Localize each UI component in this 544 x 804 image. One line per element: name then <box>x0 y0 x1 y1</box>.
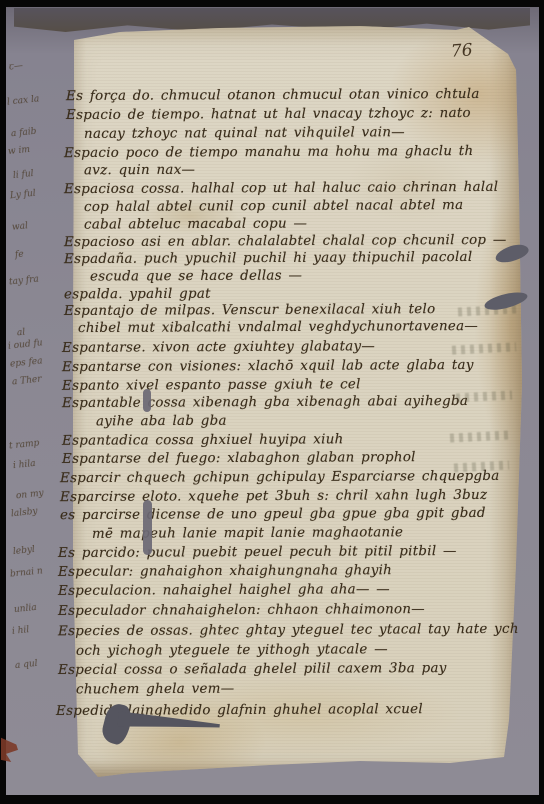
entry-line: es parcirse dicense de uno gpeul gba gpu… <box>60 506 486 523</box>
margin-text-fragment: Ly ful <box>10 189 37 202</box>
margin-text-fragment: li ful <box>13 169 35 181</box>
entry-line: Especies de ossas. ghtec ghtay yteguel t… <box>58 622 519 639</box>
entry-line: Especial cossa o señalada ghelel pilil c… <box>58 661 447 678</box>
margin-text-fragment: a qul <box>15 659 39 671</box>
entry-line: mē mapeuh lanie mapit lanie maghaotanie <box>92 525 403 542</box>
entry-line: Espantadica cossa ghxiuel huyipa xiuh <box>62 432 344 448</box>
entry-line: cop halal abtel cunil cop cunil abtel na… <box>84 198 464 215</box>
entry-line: escuda que se hace dellas — <box>90 268 302 284</box>
entry-line: Esparcirse eloto. xquehe pet 3buh s: chr… <box>60 488 487 505</box>
entry-line: Espadaña. puch ypuchil puchil hi yaay th… <box>64 250 472 267</box>
margin-text-fragment: on my <box>16 489 45 502</box>
margin-text-fragment: wal <box>12 221 29 233</box>
entry-line: Espanto xivel espanto passe gxiuh te cel <box>62 377 361 394</box>
margin-text-fragment: w im <box>8 145 31 157</box>
entry-line: och yichogh yteguele te yithogh ytacale … <box>76 642 388 659</box>
margin-text-fragment: i hil <box>12 625 30 637</box>
entry-line: Esparcir chquech gchipun gchipulay Espar… <box>60 469 500 486</box>
entry-line: chibel mut xibalcathi vndalmal veghdychu… <box>78 319 478 336</box>
entry-line: espalda. ypahil gpat <box>64 287 211 303</box>
margin-text-fragment: t ramp <box>9 438 40 451</box>
entry-line: Espantarse con visiones: xlachō xquil la… <box>62 358 474 375</box>
entry-line: Espaciosa cossa. halhal cop ut hal haluc… <box>64 180 498 197</box>
margin-text-fragment: lebyl <box>13 545 36 557</box>
entry-line: Espantable cossa xibenagh gba xibenagh a… <box>62 394 468 411</box>
entry-line: Espacio de tiempo. hatnat ut hal vnacay … <box>66 106 471 123</box>
margin-text-fragment: l cax la <box>7 94 40 107</box>
entry-line: Es força do. chmucul otanon chmucul otan… <box>66 87 480 104</box>
entry-line: cabal abteluc macabal copu — <box>84 216 307 232</box>
margin-text-fragment: a Ther <box>12 374 43 387</box>
margin-text-fragment: a faib <box>11 127 37 140</box>
margin-text-fragment: eps fea <box>10 356 43 369</box>
entry-line: Espantarse. xivon acte gxiuhtey glabatay… <box>62 339 375 356</box>
margin-text-fragment: ꞇ— <box>9 61 24 72</box>
entry-line: avz. quin nax— <box>84 163 195 179</box>
margin-text-fragment: lalsby <box>11 507 38 520</box>
entry-line: ayihe aba lab gba <box>96 414 227 430</box>
entry-line: Especulador chnahaighelon: chhaon chhaim… <box>58 602 425 619</box>
entry-line: Especular: gnahaighon xhaighungnaha ghay… <box>58 563 392 580</box>
folio-number: 76 <box>450 40 473 61</box>
entry-line: nacay tzhoyc nat quinal nat vihquilel va… <box>84 125 405 142</box>
entry-line: Espantarse del fuego: xlabaghon glaban p… <box>62 450 416 467</box>
entry-line: Espantajo de milpas. Venscur benexilacal… <box>64 302 435 319</box>
entry-line: Especulacion. nahaighel haighel gha aha—… <box>58 582 390 599</box>
margin-text-fragment: i hila <box>13 459 37 471</box>
margin-text-fragment: tay fra <box>9 274 40 287</box>
gray-wax-streak-small <box>143 389 151 412</box>
manuscript-photo: ꞇ— l cax la a faib w im li ful Ly ful wa… <box>0 0 544 804</box>
margin-text-fragment: al <box>16 328 25 339</box>
margin-text-fragment: brnai n <box>10 566 44 579</box>
gray-wax-streak-long <box>143 500 152 555</box>
entry-line: chuchem ghela vem— <box>76 682 234 698</box>
entry-line: Espacioso asi en ablar. chalalabtel chal… <box>64 233 507 250</box>
margin-text-fragment: i oud fu <box>8 338 44 352</box>
entry-line: Es parcido: pucul puebit peuel pecuh bit… <box>58 544 457 561</box>
margin-text-fragment: fe <box>15 250 25 261</box>
margin-text-fragment: unlia <box>14 603 38 615</box>
entry-line: Espacio poco de tiempo manahu ma hohu ma… <box>64 144 473 161</box>
